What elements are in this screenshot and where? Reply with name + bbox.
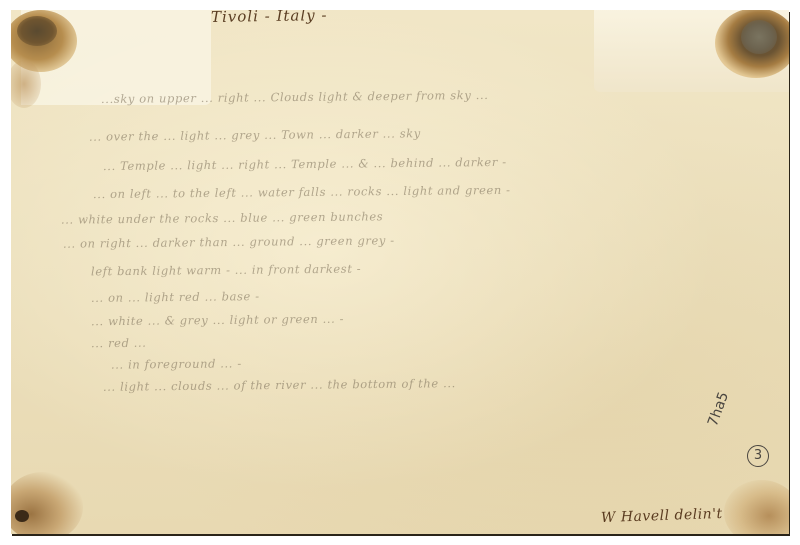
note-line: ... red ... (91, 336, 147, 351)
stain-bottom-left-dot (15, 510, 29, 522)
note-line: ... on right ... darker than ... ground … (63, 233, 395, 250)
note-line: ... light ... clouds ... of the river ..… (103, 376, 456, 394)
catalog-mark: 7ha5 3 (711, 405, 771, 485)
note-line: ... white ... & grey ... light or green … (91, 312, 344, 329)
note-line: left bank light warm - ... in front dark… (91, 262, 361, 279)
note-line: ... white under the rocks ... blue ... g… (61, 209, 383, 226)
catalog-number: 7ha5 (705, 390, 732, 429)
stain-top-right-core (741, 20, 777, 54)
catalog-circled-number: 3 (747, 445, 769, 467)
note-line: ... over the ... light ... grey ... Town… (89, 126, 421, 143)
note-line: ... Temple ... light ... right ... Templ… (103, 155, 507, 173)
note-line: ... on left ... to the left ... water fa… (93, 183, 511, 201)
stain-bottom-right (724, 480, 789, 534)
location-heading: Tivoli - Italy - (211, 10, 328, 26)
manuscript-card: Tivoli - Italy - ...sky on upper ... rig… (11, 10, 789, 534)
note-line: ...sky on upper ... right ... Clouds lig… (101, 88, 489, 106)
note-line: ... in foreground ... - (111, 356, 242, 371)
stain-bottom-left (11, 472, 83, 534)
artist-signature: W Havell delin't (601, 506, 723, 526)
stain-top-left-core (17, 16, 57, 46)
note-line: ... on ... light red ... base - (91, 289, 260, 305)
